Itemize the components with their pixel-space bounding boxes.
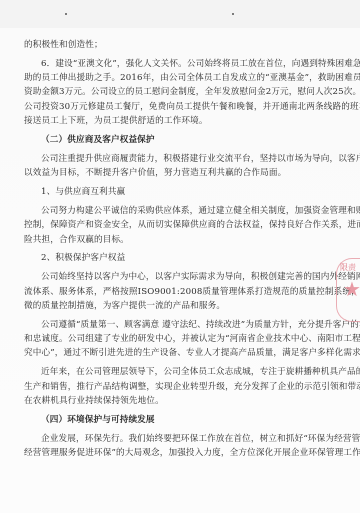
- text-line: 和忠诚度。公司组建了专业的研发中心，并被认定为“河南省企业技术中心、南阳市工程技…: [24, 332, 338, 346]
- text-line: 近年来，在公司管理层领导下，公司全体员工众志成城，专注于旋耕播种机具产品的研发、: [24, 365, 338, 379]
- document-page: 的积极性和创造性； 6．建设“亚澳文化”，强化人文关怀。公司始终将员工放在首位，…: [0, 0, 360, 513]
- text-line: 险共担，合作双赢的目标。: [24, 233, 338, 247]
- text-line: 企业发展，环保先行。我们始终要把环保工作放在首位，树立和抓好“环保为经营管理服务…: [24, 432, 338, 446]
- scan-bottom-edge: [0, 490, 360, 513]
- paragraph: 公司努力构建公平诚信的采购供应体系，通过建立健全相关制度，加强资金管理和财务风险…: [24, 204, 338, 247]
- text-line: 流体系、服务体系，严格按照ISO9001:2008质量管理体系打造规范的质量控制…: [24, 285, 338, 299]
- document-body: 的积极性和创造性； 6．建设“亚澳文化”，强化人文关怀。公司始终将员工放在首位，…: [24, 38, 338, 465]
- star-icon: ★: [343, 277, 360, 301]
- paragraph: 公司始终坚持以客户为中心，以客户实际需求为导向，积极创建完善的国内外经销网络、物…: [24, 270, 338, 313]
- subheading-1: 1、与供应商互利共赢: [24, 185, 338, 199]
- paragraph: 近年来，在公司管理层领导下，公司全体员工众志成城，专注于旋耕播种机具产品的研发、…: [24, 365, 338, 408]
- paragraph: 公司注重提升供应商履责能力，积极搭建行业交流平台，坚持以市场为导向，以客户为中心…: [24, 152, 338, 181]
- text-line: 在农耕机具行业持续保持领先地位。: [24, 394, 338, 408]
- section-heading: （四）环境保护与可持续发展: [24, 413, 338, 427]
- text-line: 公司投资30万元修建员工餐厅，免费向员工提供午餐和晚餐，并开通南北两条线路的班车…: [24, 100, 338, 114]
- scan-top-band: [0, 0, 360, 28]
- paragraph: 公司遵循“质量第一、顾客满意 遵守法纪、持续改进”为质量方针，充分提升客户的满意…: [24, 318, 338, 361]
- company-seal-stamp: 限责 ★: [336, 258, 360, 322]
- text-line: 控制，保障资产和资金安全，从而切实保障供应商的合法权益，保持良好合作关系，进而实…: [24, 218, 338, 232]
- text-line: 以效益为目标，不断提升客户价值，努力营造互利共赢的合作局面。: [24, 166, 338, 180]
- text-line: 接送员工上下班，为员工提供舒适的工作环境。: [24, 114, 338, 128]
- text-line: 公司努力构建公平诚信的采购供应体系，通过建立健全相关制度，加强资金管理和财务风险: [24, 204, 338, 218]
- paragraph: 的积极性和创造性；: [24, 38, 338, 52]
- text-line: 公司遵循“质量第一、顾客满意 遵守法纪、持续改进”为质量方针，充分提升客户的满意…: [24, 318, 338, 332]
- text-line: 资助金额3万元。公司设立的员工慰问金制度，全年发放慰问金2万元，慰问人次25次。…: [24, 85, 338, 99]
- text-line: 公司注重提升供应商履责能力，积极搭建行业交流平台，坚持以市场为导向，以客户为中心…: [24, 152, 338, 166]
- subheading: 2、积极保护客户权益: [24, 251, 338, 265]
- paragraph-yaao-culture: 6．建设“亚澳文化”，强化人文关怀。公司始终将员工放在首位，向遇到特殊困难急需帮…: [24, 57, 338, 128]
- scan-speck: [232, 13, 234, 15]
- text-line: 微的质量控制措施，为客户提供一流的产品和服务。: [24, 299, 338, 313]
- text-line: 助的员工伸出援助之手。2016年，由公司全体员工自发成立的“亚澳基金”，救助困难…: [24, 71, 338, 85]
- text-line: 生产和销售，推行产品结构调整，实现企业转型升级，充分发挥了企业的示范引领和带动作…: [24, 380, 338, 394]
- scan-speck: [65, 13, 67, 15]
- text-line: 经营管理服务促进环保”的大局观念，加强投入力度，全方位深化开展企业环保管理工作，…: [24, 446, 338, 460]
- subheading: 1、与供应商互利共赢: [24, 185, 338, 199]
- section-heading-4: （四）环境保护与可持续发展: [24, 413, 338, 427]
- paragraph: 企业发展，环保先行。我们始终要把环保工作放在首位，树立和抓好“环保为经营管理服务…: [24, 432, 338, 461]
- subheading-2: 2、积极保护客户权益: [24, 251, 338, 265]
- text-line: 6．建设“亚澳文化”，强化人文关怀。公司始终将员工放在首位，向遇到特殊困难急需帮: [24, 57, 338, 71]
- text-line: 公司始终坚持以客户为中心，以客户实际需求为导向，积极创建完善的国内外经销网络、物: [24, 270, 338, 284]
- seal-text: 限责: [340, 262, 356, 273]
- text-line: 的积极性和创造性；: [24, 38, 338, 52]
- text-line: 究中心”，通过不断引进先进的生产设备、专业人才提高产品质量，满足客户多样化需求。: [24, 346, 338, 360]
- section-heading-2: （二）供应商及客户权益保护: [24, 133, 338, 147]
- section-heading: （二）供应商及客户权益保护: [24, 133, 338, 147]
